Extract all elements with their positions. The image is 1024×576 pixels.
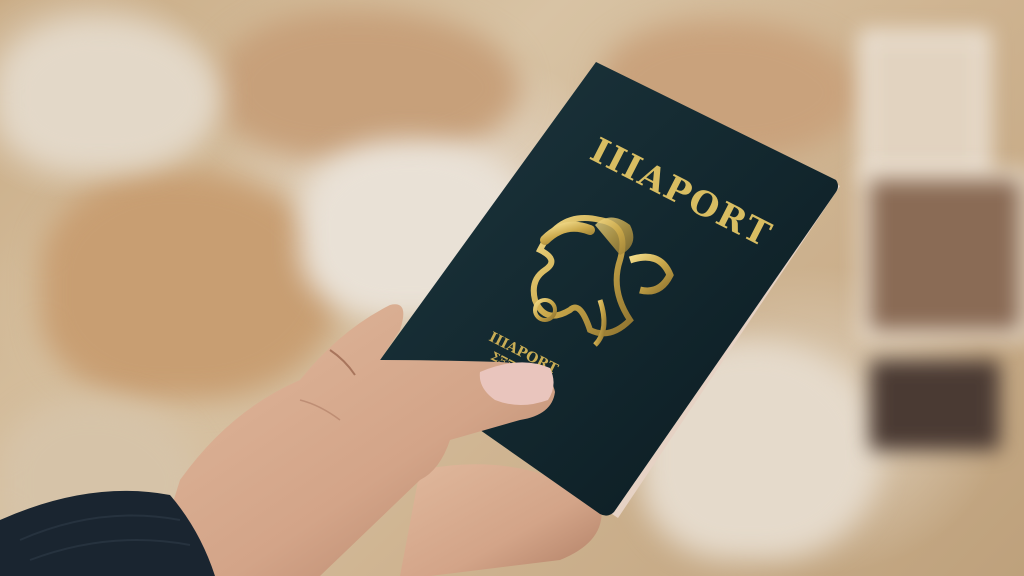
passport-and-hand-illustration: IIIAPORT IIIAPORT ΣΞΞΩΘΞ bbox=[0, 0, 1024, 576]
photo-scene: IIIAPORT IIIAPORT ΣΞΞΩΘΞ bbox=[0, 0, 1024, 576]
